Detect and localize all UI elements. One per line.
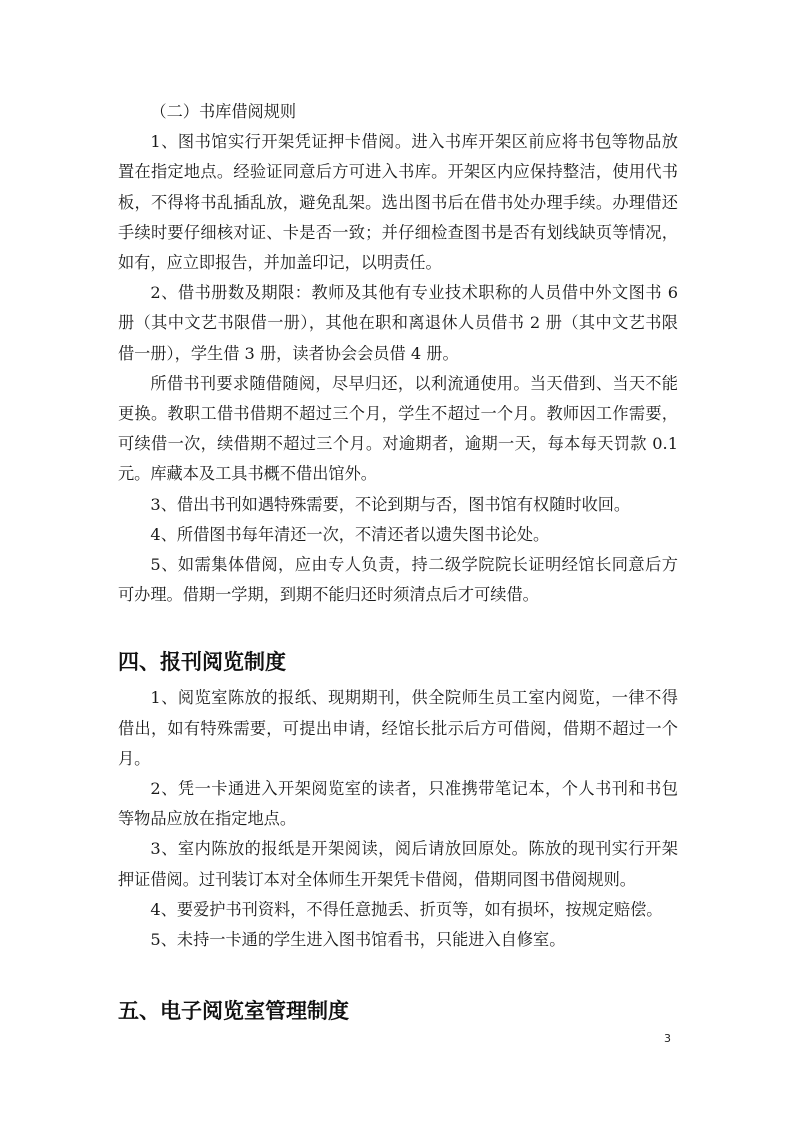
- paragraph: 5、未持一卡通的学生进入图书馆看书，只能进入自修室。: [118, 925, 678, 955]
- section-heading-e-reading-room: 五、电子阅览室管理制度: [118, 996, 678, 1026]
- section-periodicals-body: 1、阅览室陈放的报纸、现期期刊，供全院师生员工室内阅览，一律不得借出，如有特殊需…: [118, 683, 678, 955]
- section-heading-periodicals: 四、报刊阅览制度: [118, 647, 678, 677]
- subsection-borrowing-rules: （二）书库借阅规则 1、图书馆实行开架凭证押卡借阅。进入书库开架区前应将书包等物…: [118, 97, 678, 610]
- subsection-title: （二）书库借阅规则: [118, 97, 678, 127]
- paragraph: 3、借出书刊如遇特殊需要，不论到期与否，图书馆有权随时收回。: [118, 490, 678, 520]
- paragraph: 5、如需集体借阅，应由专人负责，持二级学院院长证明经馆长同意后方可办理。借期一学…: [118, 550, 678, 610]
- paragraph: 4、要爱护书刊资料，不得任意抛丢、折页等，如有损坏，按规定赔偿。: [118, 895, 678, 925]
- paragraph: 2、借书册数及期限：教师及其他有专业技术职称的人员借中外文图书 6 册（其中文艺…: [118, 278, 678, 369]
- paragraph: 4、所借图书每年清还一次，不清还者以遗失图书论处。: [118, 520, 678, 550]
- paragraph: 所借书刊要求随借随阅，尽早归还，以利流通使用。当天借到、当天不能更换。教职工借书…: [118, 369, 678, 490]
- page-number: 3: [664, 1032, 671, 1045]
- document-page: （二）书库借阅规则 1、图书馆实行开架凭证押卡借阅。进入书库开架区前应将书包等物…: [118, 97, 678, 1026]
- paragraph: 3、室内陈放的报纸是开架阅读，阅后请放回原处。陈放的现刊实行开架押证借阅。过刊装…: [118, 834, 678, 894]
- paragraph: 2、凭一卡通进入开架阅览室的读者，只准携带笔记本，个人书刊和书包等物品应放在指定…: [118, 774, 678, 834]
- paragraph: 1、图书馆实行开架凭证押卡借阅。进入书库开架区前应将书包等物品放置在指定地点。经…: [118, 127, 678, 278]
- paragraph: 1、阅览室陈放的报纸、现期期刊，供全院师生员工室内阅览，一律不得借出，如有特殊需…: [118, 683, 678, 774]
